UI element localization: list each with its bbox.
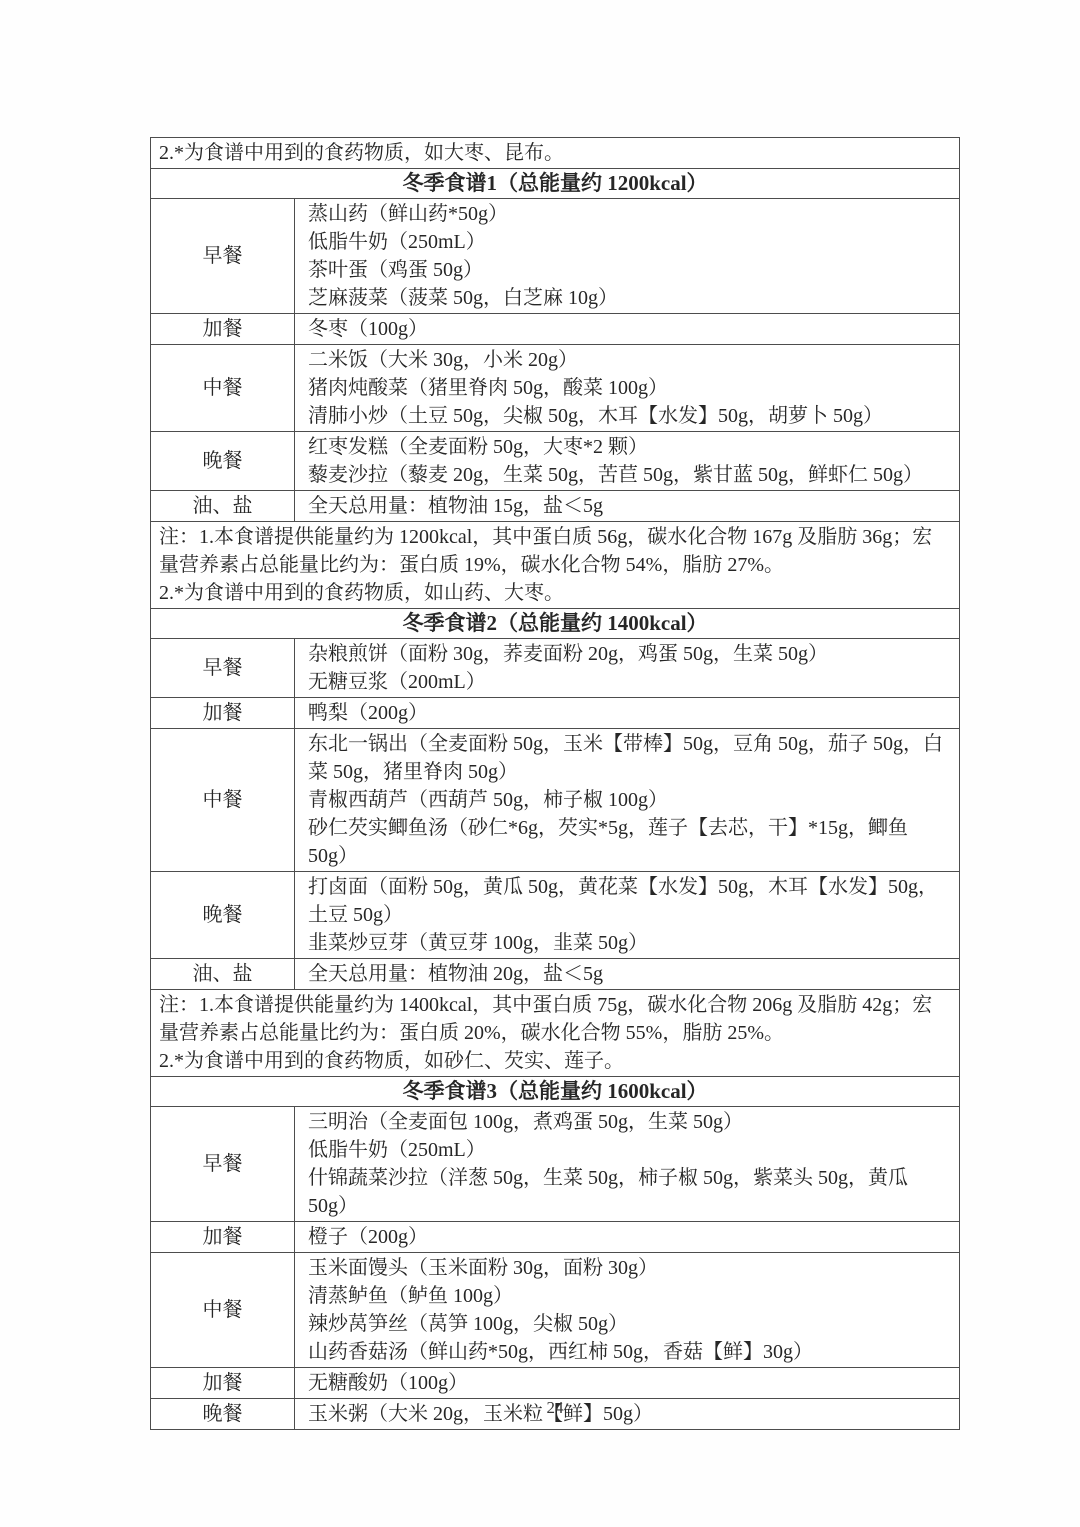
page-number: 24 bbox=[150, 1398, 960, 1418]
meal-row: 晚餐打卤面（面粉 50g，黄瓜 50g，黄花菜【水发】50g，木耳【水发】50g… bbox=[151, 871, 959, 958]
meal-content: 东北一锅出（全麦面粉 50g，玉米【带棒】50g，豆角 50g，茄子 50g，白… bbox=[295, 729, 959, 871]
dish-line: 冬枣（100g） bbox=[308, 315, 949, 343]
table-footnote-row: 2.*为食谱中用到的食药物质，如大枣、昆布。 bbox=[151, 138, 959, 168]
meal-content: 冬枣（100g） bbox=[295, 314, 959, 344]
meal-content: 鸭梨（200g） bbox=[295, 698, 959, 728]
meal-label: 油、盐 bbox=[151, 491, 295, 521]
meal-label: 加餐 bbox=[151, 1222, 295, 1252]
meal-content: 杂粮煎饼（面粉 30g，荞麦面粉 20g，鸡蛋 50g，生菜 50g）无糖豆浆（… bbox=[295, 639, 959, 697]
dish-line: 二米饭（大米 30g，小米 20g） bbox=[308, 346, 949, 374]
dish-line: 藜麦沙拉（藜麦 20g，生菜 50g，苦苣 50g，紫甘蓝 50g，鲜虾仁 50… bbox=[308, 461, 949, 489]
notes-cell: 注：1.本食谱提供能量约为 1200kcal，其中蛋白质 56g，碳水化合物 1… bbox=[151, 522, 959, 608]
meal-label: 油、盐 bbox=[151, 959, 295, 989]
recipe-title-row: 冬季食谱3（总能量约 1600kcal） bbox=[151, 1076, 959, 1106]
meal-row: 中餐二米饭（大米 30g，小米 20g）猪肉炖酸菜（猪里脊肉 50g，酸菜 10… bbox=[151, 344, 959, 431]
recipe-title-row: 冬季食谱1（总能量约 1200kcal） bbox=[151, 168, 959, 198]
meal-label: 早餐 bbox=[151, 639, 295, 697]
dish-line: 橙子（200g） bbox=[308, 1223, 949, 1251]
meal-row: 加餐鸭梨（200g） bbox=[151, 697, 959, 728]
meal-content: 全天总用量：植物油 15g，盐＜5g bbox=[295, 491, 959, 521]
meal-row: 加餐无糖酸奶（100g） bbox=[151, 1367, 959, 1398]
dish-line: 打卤面（面粉 50g，黄瓜 50g，黄花菜【水发】50g，木耳【水发】50g，土… bbox=[308, 873, 949, 929]
dish-line: 猪肉炖酸菜（猪里脊肉 50g，酸菜 100g） bbox=[308, 374, 949, 402]
meal-content: 打卤面（面粉 50g，黄瓜 50g，黄花菜【水发】50g，木耳【水发】50g，土… bbox=[295, 872, 959, 958]
recipe-document: 2.*为食谱中用到的食药物质，如大枣、昆布。冬季食谱1（总能量约 1200kca… bbox=[150, 137, 960, 1430]
dish-line: 低脂牛奶（250mL） bbox=[308, 228, 949, 256]
document-page: 2.*为食谱中用到的食药物质，如大枣、昆布。冬季食谱1（总能量约 1200kca… bbox=[0, 0, 1080, 1527]
dish-line: 什锦蔬菜沙拉（洋葱 50g，生菜 50g，柿子椒 50g，紫菜头 50g，黄瓜 … bbox=[308, 1164, 949, 1220]
meal-content: 全天总用量：植物油 20g，盐＜5g bbox=[295, 959, 959, 989]
dish-line: 杂粮煎饼（面粉 30g，荞麦面粉 20g，鸡蛋 50g，生菜 50g） bbox=[308, 640, 949, 668]
notes-cell: 注：1.本食谱提供能量约为 1400kcal，其中蛋白质 75g，碳水化合物 2… bbox=[151, 990, 959, 1076]
meal-content: 三明治（全麦面包 100g，煮鸡蛋 50g，生菜 50g）低脂牛奶（250mL）… bbox=[295, 1107, 959, 1221]
meal-content: 红枣发糕（全麦面粉 50g，大枣*2 颗）藜麦沙拉（藜麦 20g，生菜 50g，… bbox=[295, 432, 959, 490]
meal-label: 晚餐 bbox=[151, 872, 295, 958]
notes-row: 注：1.本食谱提供能量约为 1200kcal，其中蛋白质 56g，碳水化合物 1… bbox=[151, 521, 959, 608]
meal-content: 二米饭（大米 30g，小米 20g）猪肉炖酸菜（猪里脊肉 50g，酸菜 100g… bbox=[295, 345, 959, 431]
meal-row: 早餐蒸山药（鲜山药*50g）低脂牛奶（250mL）茶叶蛋（鸡蛋 50g）芝麻菠菜… bbox=[151, 198, 959, 313]
dish-line: 无糖酸奶（100g） bbox=[308, 1369, 949, 1397]
dish-line: 青椒西葫芦（西葫芦 50g，柿子椒 100g） bbox=[308, 786, 949, 814]
dish-line: 茶叶蛋（鸡蛋 50g） bbox=[308, 256, 949, 284]
meal-row: 晚餐红枣发糕（全麦面粉 50g，大枣*2 颗）藜麦沙拉（藜麦 20g，生菜 50… bbox=[151, 431, 959, 490]
meal-label: 中餐 bbox=[151, 729, 295, 871]
dish-line: 玉米面馒头（玉米面粉 30g，面粉 30g） bbox=[308, 1254, 949, 1282]
note-line: 2.*为食谱中用到的食药物质，如山药、大枣。 bbox=[159, 579, 949, 607]
meal-label: 加餐 bbox=[151, 698, 295, 728]
dish-line: 芝麻菠菜（菠菜 50g，白芝麻 10g） bbox=[308, 284, 949, 312]
dish-line: 蒸山药（鲜山药*50g） bbox=[308, 200, 949, 228]
meal-label: 加餐 bbox=[151, 1368, 295, 1398]
recipe-title: 冬季食谱2（总能量约 1400kcal） bbox=[402, 609, 707, 638]
dish-line: 低脂牛奶（250mL） bbox=[308, 1136, 949, 1164]
dish-line: 山药香菇汤（鲜山药*50g，西红柿 50g，香菇【鲜】30g） bbox=[308, 1338, 949, 1366]
meal-row: 加餐橙子（200g） bbox=[151, 1221, 959, 1252]
meal-content: 蒸山药（鲜山药*50g）低脂牛奶（250mL）茶叶蛋（鸡蛋 50g）芝麻菠菜（菠… bbox=[295, 199, 959, 313]
dish-line: 无糖豆浆（200mL） bbox=[308, 668, 949, 696]
dish-line: 红枣发糕（全麦面粉 50g，大枣*2 颗） bbox=[308, 433, 949, 461]
meal-row: 早餐杂粮煎饼（面粉 30g，荞麦面粉 20g，鸡蛋 50g，生菜 50g）无糖豆… bbox=[151, 638, 959, 697]
dish-line: 鸭梨（200g） bbox=[308, 699, 949, 727]
meal-label: 晚餐 bbox=[151, 432, 295, 490]
meal-label: 早餐 bbox=[151, 199, 295, 313]
footnote-text: 2.*为食谱中用到的食药物质，如大枣、昆布。 bbox=[151, 138, 959, 168]
note-line: 2.*为食谱中用到的食药物质，如砂仁、芡实、莲子。 bbox=[159, 1047, 949, 1075]
note-line: 注：1.本食谱提供能量约为 1400kcal，其中蛋白质 75g，碳水化合物 2… bbox=[159, 991, 949, 1047]
dish-line: 清蒸鲈鱼（鲈鱼 100g） bbox=[308, 1282, 949, 1310]
meal-row: 中餐玉米面馒头（玉米面粉 30g，面粉 30g）清蒸鲈鱼（鲈鱼 100g）辣炒莴… bbox=[151, 1252, 959, 1367]
meal-row: 中餐东北一锅出（全麦面粉 50g，玉米【带棒】50g，豆角 50g，茄子 50g… bbox=[151, 728, 959, 871]
meal-content: 玉米面馒头（玉米面粉 30g，面粉 30g）清蒸鲈鱼（鲈鱼 100g）辣炒莴笋丝… bbox=[295, 1253, 959, 1367]
meal-content: 无糖酸奶（100g） bbox=[295, 1368, 959, 1398]
recipe-title: 冬季食谱3（总能量约 1600kcal） bbox=[402, 1077, 707, 1106]
dish-line: 东北一锅出（全麦面粉 50g，玉米【带棒】50g，豆角 50g，茄子 50g，白… bbox=[308, 730, 949, 786]
dish-line: 清肺小炒（土豆 50g，尖椒 50g，木耳【水发】50g，胡萝卜 50g） bbox=[308, 402, 949, 430]
dish-line: 全天总用量：植物油 15g，盐＜5g bbox=[308, 492, 949, 520]
meal-label: 早餐 bbox=[151, 1107, 295, 1221]
meal-row: 加餐冬枣（100g） bbox=[151, 313, 959, 344]
dish-line: 韭菜炒豆芽（黄豆芽 100g，韭菜 50g） bbox=[308, 929, 949, 957]
meal-label: 中餐 bbox=[151, 1253, 295, 1367]
meal-row: 油、盐全天总用量：植物油 15g，盐＜5g bbox=[151, 490, 959, 521]
recipe-title: 冬季食谱1（总能量约 1200kcal） bbox=[402, 169, 707, 198]
dish-line: 辣炒莴笋丝（莴笋 100g，尖椒 50g） bbox=[308, 1310, 949, 1338]
meal-row: 早餐三明治（全麦面包 100g，煮鸡蛋 50g，生菜 50g）低脂牛奶（250m… bbox=[151, 1106, 959, 1221]
meal-label: 加餐 bbox=[151, 314, 295, 344]
note-line: 注：1.本食谱提供能量约为 1200kcal，其中蛋白质 56g，碳水化合物 1… bbox=[159, 523, 949, 579]
dish-line: 三明治（全麦面包 100g，煮鸡蛋 50g，生菜 50g） bbox=[308, 1108, 949, 1136]
meal-row: 油、盐全天总用量：植物油 20g，盐＜5g bbox=[151, 958, 959, 989]
meal-content: 橙子（200g） bbox=[295, 1222, 959, 1252]
dish-line: 全天总用量：植物油 20g，盐＜5g bbox=[308, 960, 949, 988]
recipe-title-row: 冬季食谱2（总能量约 1400kcal） bbox=[151, 608, 959, 638]
meal-label: 中餐 bbox=[151, 345, 295, 431]
notes-row: 注：1.本食谱提供能量约为 1400kcal，其中蛋白质 75g，碳水化合物 2… bbox=[151, 989, 959, 1076]
dish-line: 砂仁芡实鲫鱼汤（砂仁*6g，芡实*5g，莲子【去芯，干】*15g，鲫鱼 50g） bbox=[308, 814, 949, 870]
